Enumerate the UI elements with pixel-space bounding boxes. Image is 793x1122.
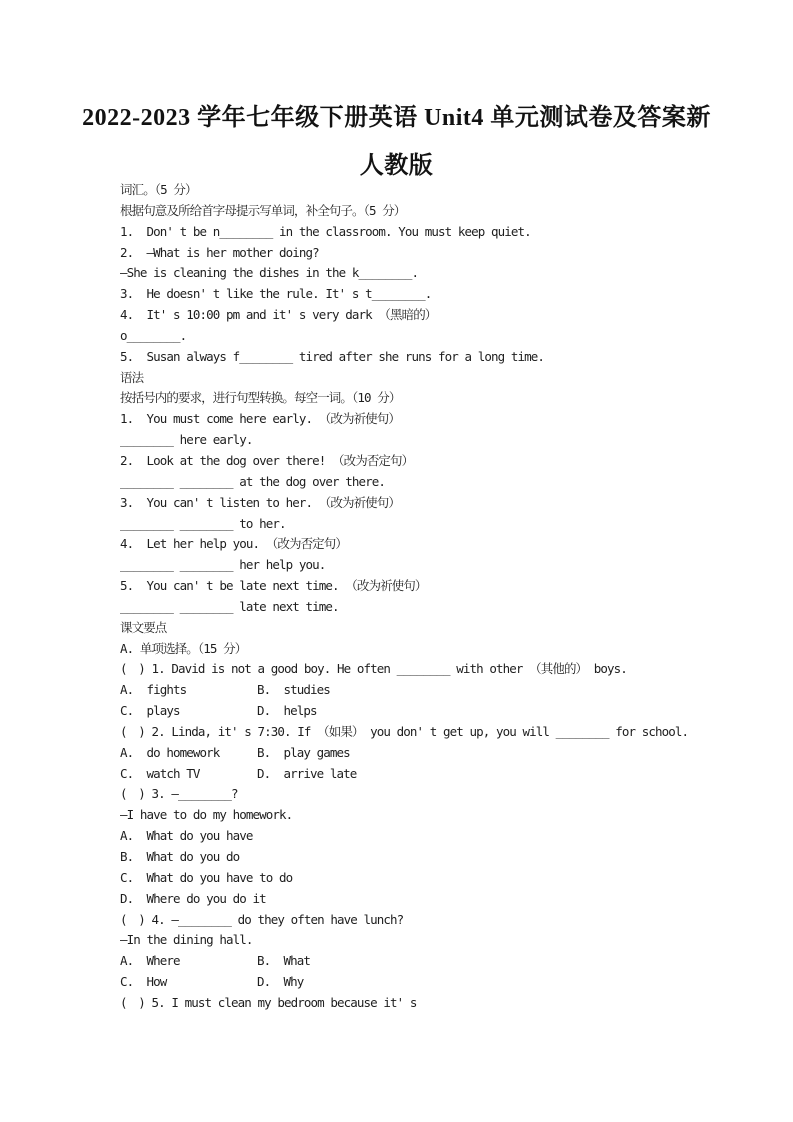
grammar-question-5-blank: ________ ________ late next time.	[120, 597, 680, 618]
mc-question-2-option-b: B. play games	[257, 745, 350, 760]
test-paper-page: 2022-2023 学年七年级下册英语 Unit4 单元测试卷及答案新 人教版 …	[0, 0, 793, 1122]
mc-question-3-option-d: D. Where do you do it	[120, 889, 680, 910]
mc-question-3-option-b: B. What do you do	[120, 847, 680, 868]
vocab-question-2-answer: —She is cleaning the dishes in the k____…	[120, 263, 680, 284]
mc-question-4-option-d: D. Why	[257, 974, 303, 989]
document-title: 2022-2023 学年七年级下册英语 Unit4 单元测试卷及答案新 人教版	[0, 94, 793, 190]
mc-question-2-option-a: A. do homework	[120, 743, 257, 764]
mc-question-3-option-a: A. What do you have	[120, 826, 680, 847]
mc-question-2-options-row1: A. do homeworkB. play games	[120, 743, 680, 764]
mc-question-2-option-c: C. watch TV	[120, 764, 257, 785]
grammar-question-2-source: 2. Look at the dog over there! （改为否定句）	[120, 451, 680, 472]
vocab-question-1: 1. Don' t be n________ in the classroom.…	[120, 222, 680, 243]
vocab-section-heading: 词汇。（5 分）	[120, 180, 680, 201]
mc-question-1-option-d: D. helps	[257, 703, 317, 718]
document-title-line1: 2022-2023 学年七年级下册英语 Unit4 单元测试卷及答案新	[0, 94, 793, 142]
mc-question-3-response: —I have to do my homework.	[120, 805, 680, 826]
mc-question-3-option-c: C. What do you have to do	[120, 868, 680, 889]
mc-question-5-stem: ( ) 5. I must clean my bedroom because i…	[120, 993, 680, 1014]
mc-question-4-option-b: B. What	[257, 953, 310, 968]
mc-question-3-stem: ( ) 3. —________?	[120, 784, 680, 805]
grammar-section-heading: 语法	[120, 368, 680, 389]
grammar-question-3-blank: ________ ________ to her.	[120, 514, 680, 535]
mc-question-1-option-b: B. studies	[257, 682, 330, 697]
mc-question-1-options-row1: A. fightsB. studies	[120, 680, 680, 701]
mc-question-2-stem: ( ) 2. Linda, it' s 7:30. If （如果） you do…	[120, 722, 680, 743]
mc-question-4-stem: ( ) 4. —________ do they often have lunc…	[120, 910, 680, 931]
mc-question-1-stem: ( ) 1. David is not a good boy. He often…	[120, 659, 680, 680]
mc-question-4-option-c: C. How	[120, 972, 257, 993]
vocab-instruction: 根据句意及所给首字母提示写单词，补全句子。（5 分）	[120, 201, 680, 222]
multiple-choice-subheading: A. 单项选择。（15 分）	[120, 639, 680, 660]
vocab-question-2-question: 2. —What is her mother doing?	[120, 243, 680, 264]
mc-question-1-option-a: A. fights	[120, 680, 257, 701]
mc-question-4-response: —In the dining hall.	[120, 930, 680, 951]
vocab-question-5: 5. Susan always f________ tired after sh…	[120, 347, 680, 368]
mc-question-4-options-row2: C. HowD. Why	[120, 972, 680, 993]
grammar-question-3-source: 3. You can' t listen to her. （改为祈使句）	[120, 493, 680, 514]
grammar-question-1-source: 1. You must come here early. （改为祈使句）	[120, 409, 680, 430]
vocab-question-3: 3. He doesn' t like the rule. It' s t___…	[120, 284, 680, 305]
grammar-question-2-blank: ________ ________ at the dog over there.	[120, 472, 680, 493]
grammar-question-4-blank: ________ ________ her help you.	[120, 555, 680, 576]
grammar-instruction: 按括号内的要求，进行句型转换。每空一词。（10 分）	[120, 388, 680, 409]
vocab-question-4-line2: o________.	[120, 326, 680, 347]
mc-question-1-options-row2: C. playsD. helps	[120, 701, 680, 722]
vocab-question-4-line1: 4. It' s 10:00 pm and it' s very dark （黑…	[120, 305, 680, 326]
grammar-question-1-blank: ________ here early.	[120, 430, 680, 451]
grammar-question-5-source: 5. You can' t be late next time. （改为祈使句）	[120, 576, 680, 597]
mc-question-2-options-row2: C. watch TVD. arrive late	[120, 764, 680, 785]
key-points-section-heading: 课文要点	[120, 618, 680, 639]
mc-question-1-option-c: C. plays	[120, 701, 257, 722]
mc-question-4-options-row1: A. WhereB. What	[120, 951, 680, 972]
document-body: 词汇。（5 分） 根据句意及所给首字母提示写单词，补全句子。（5 分） 1. D…	[120, 180, 680, 1014]
mc-question-2-option-d: D. arrive late	[257, 766, 356, 781]
mc-question-4-option-a: A. Where	[120, 951, 257, 972]
grammar-question-4-source: 4. Let her help you. （改为否定句）	[120, 534, 680, 555]
